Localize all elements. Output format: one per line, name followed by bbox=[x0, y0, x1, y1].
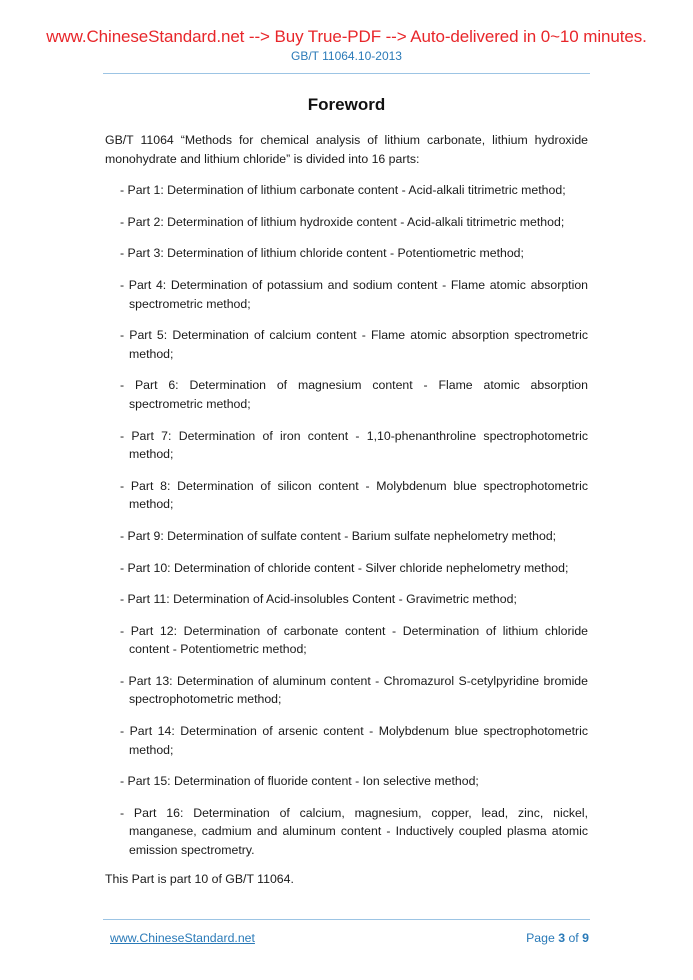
list-item: - Part 12: Determination of carbonate co… bbox=[120, 622, 588, 659]
parts-list: - Part 1: Determination of lithium carbo… bbox=[105, 181, 588, 859]
list-item: - Part 2: Determination of lithium hydro… bbox=[120, 213, 588, 232]
list-item: - Part 11: Determination of Acid-insolub… bbox=[120, 590, 588, 609]
intro-paragraph: GB/T 11064 “Methods for chemical analysi… bbox=[105, 131, 588, 168]
list-item: - Part 13: Determination of aluminum con… bbox=[120, 672, 588, 709]
header-divider bbox=[103, 73, 590, 74]
page-title: Foreword bbox=[0, 94, 693, 116]
list-item: - Part 5: Determination of calcium conte… bbox=[120, 326, 588, 363]
footer-website-link[interactable]: www.ChineseStandard.net bbox=[110, 930, 255, 946]
list-item: - Part 9: Determination of sulfate conte… bbox=[120, 527, 588, 546]
list-item: - Part 7: Determination of iron content … bbox=[120, 427, 588, 464]
page-current: 3 bbox=[558, 931, 565, 945]
page-indicator: Page 3 of 9 bbox=[526, 930, 589, 946]
promo-banner: www.ChineseStandard.net --> Buy True-PDF… bbox=[0, 27, 693, 47]
closing-paragraph: This Part is part 10 of GB/T 11064. bbox=[105, 870, 588, 889]
list-item: - Part 3: Determination of lithium chlor… bbox=[120, 244, 588, 263]
list-item: - Part 14: Determination of arsenic cont… bbox=[120, 722, 588, 759]
list-item: - Part 4: Determination of potassium and… bbox=[120, 276, 588, 313]
list-item: - Part 6: Determination of magnesium con… bbox=[120, 376, 588, 413]
list-item: - Part 16: Determination of calcium, mag… bbox=[120, 804, 588, 860]
list-item: - Part 10: Determination of chloride con… bbox=[120, 559, 588, 578]
document-code: GB/T 11064.10-2013 bbox=[0, 49, 693, 63]
foreword-content: GB/T 11064 “Methods for chemical analysi… bbox=[105, 131, 588, 888]
list-item: - Part 8: Determination of silicon conte… bbox=[120, 477, 588, 514]
list-item: - Part 15: Determination of fluoride con… bbox=[120, 772, 588, 791]
list-item: - Part 1: Determination of lithium carbo… bbox=[120, 181, 588, 200]
page-label: Page bbox=[526, 931, 555, 945]
footer-divider bbox=[103, 919, 590, 920]
page-of-label: of bbox=[568, 931, 578, 945]
page-total: 9 bbox=[582, 931, 589, 945]
